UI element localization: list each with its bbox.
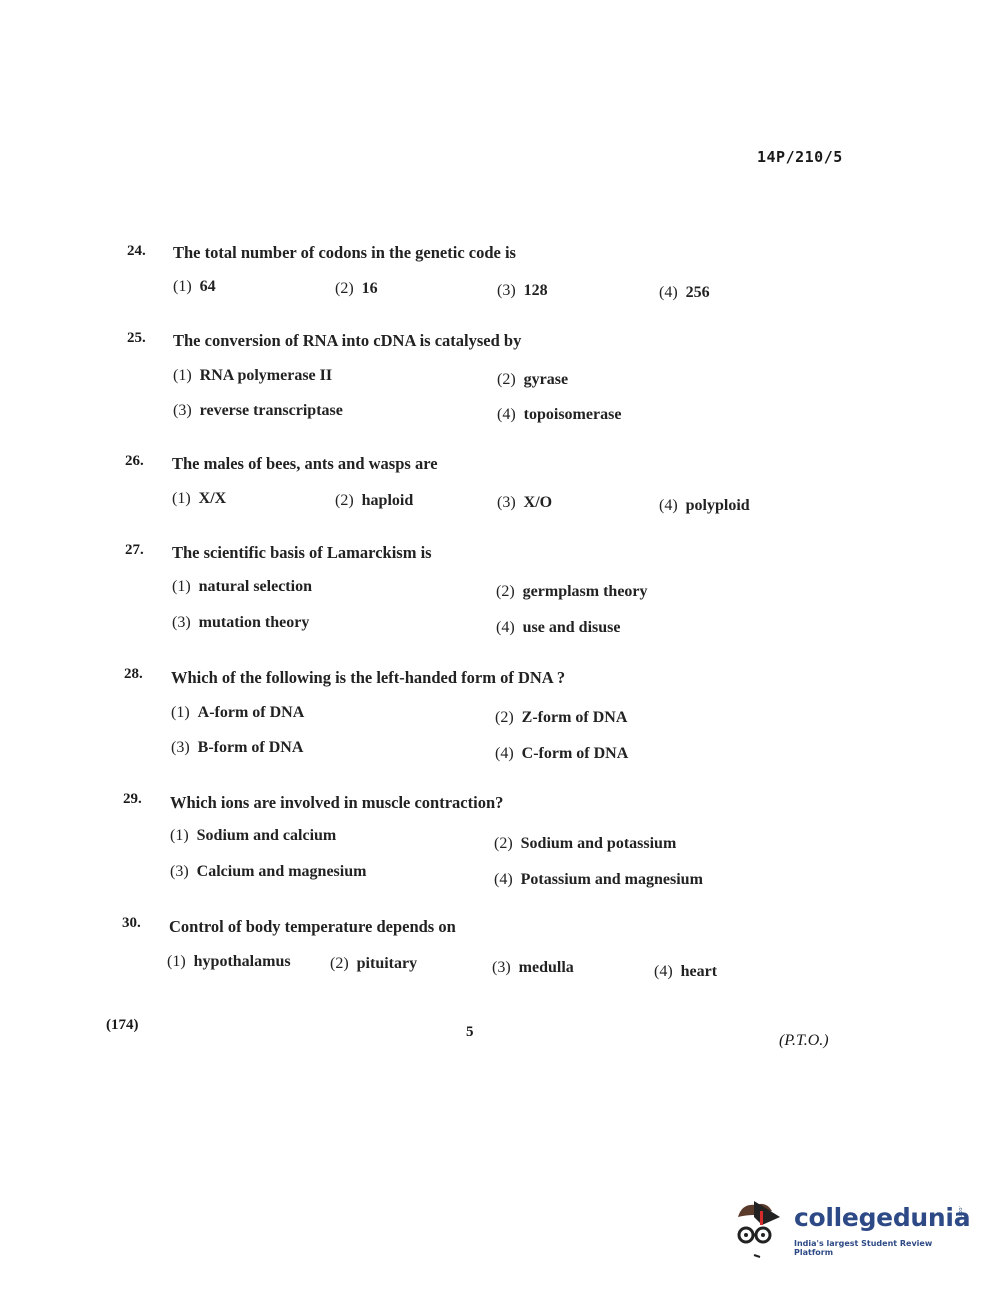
question-text: Control of body temperature depends on	[169, 917, 456, 937]
question-number: 27.	[125, 542, 144, 559]
option-1: (1)RNA polymerase II	[173, 367, 332, 385]
option-4: (4)topoisomerase	[497, 406, 621, 424]
option-3: (3)medulla	[492, 959, 574, 977]
brand-suffix: .com	[957, 1206, 963, 1218]
option-1: (1)X/X	[172, 490, 226, 508]
option-2: (2)gyrase	[497, 371, 568, 389]
option-4: (4)use and disuse	[496, 619, 620, 637]
option-4: (4)256	[659, 284, 710, 302]
option-1: (1)A-form of DNA	[171, 704, 304, 722]
booklet-code: (174)	[106, 1017, 139, 1034]
option-2: (2)germplasm theory	[496, 583, 648, 601]
question-number: 28.	[124, 666, 143, 683]
option-2: (2)Sodium and potassium	[494, 835, 676, 853]
question-number: 29.	[123, 791, 142, 808]
mascot-icon	[732, 1195, 792, 1265]
question-text: The total number of codons in the geneti…	[173, 243, 516, 263]
option-2: (2)16	[335, 280, 378, 298]
question-text: The scientific basis of Lamarckism is	[172, 543, 432, 563]
option-3: (3)mutation theory	[172, 614, 309, 632]
brand-name: collegedunia	[794, 1203, 970, 1232]
option-4: (4)C-form of DNA	[495, 745, 628, 763]
question-text: Which ions are involved in muscle contra…	[170, 793, 503, 813]
option-1: (1)Sodium and calcium	[170, 827, 336, 845]
pto-label: (P.T.O.)	[779, 1032, 829, 1050]
option-1: (1)hypothalamus	[167, 953, 291, 971]
option-2: (2)haploid	[335, 492, 413, 510]
brand-tagline: India's largest Student Review Platform	[794, 1239, 967, 1257]
paper-code: 14P/210/5	[757, 148, 843, 166]
question-number: 30.	[122, 915, 141, 932]
page-number: 5	[466, 1024, 474, 1041]
question-number: 26.	[125, 453, 144, 470]
option-4: (4)polyploid	[659, 497, 750, 515]
option-3: (3)X/O	[497, 494, 552, 512]
option-3: (3)Calcium and magnesium	[170, 863, 366, 881]
option-3: (3)B-form of DNA	[171, 739, 303, 757]
question-number: 25.	[127, 330, 146, 347]
option-3: (3)128	[497, 282, 548, 300]
question-text: The males of bees, ants and wasps are	[172, 454, 438, 474]
option-4: (4)Potassium and magnesium	[494, 871, 703, 889]
question-number: 24.	[127, 243, 146, 260]
option-2: (2)pituitary	[330, 955, 417, 973]
option-1: (1)64	[173, 278, 216, 296]
option-1: (1)natural selection	[172, 578, 312, 596]
option-2: (2)Z-form of DNA	[495, 709, 627, 727]
question-text: Which of the following is the left-hande…	[171, 668, 565, 688]
option-4: (4)heart	[654, 963, 717, 981]
question-text: The conversion of RNA into cDNA is catal…	[173, 331, 521, 351]
collegedunia-logo: collegedunia .com India's largest Studen…	[732, 1195, 967, 1270]
option-3: (3)reverse transcriptase	[173, 402, 343, 420]
